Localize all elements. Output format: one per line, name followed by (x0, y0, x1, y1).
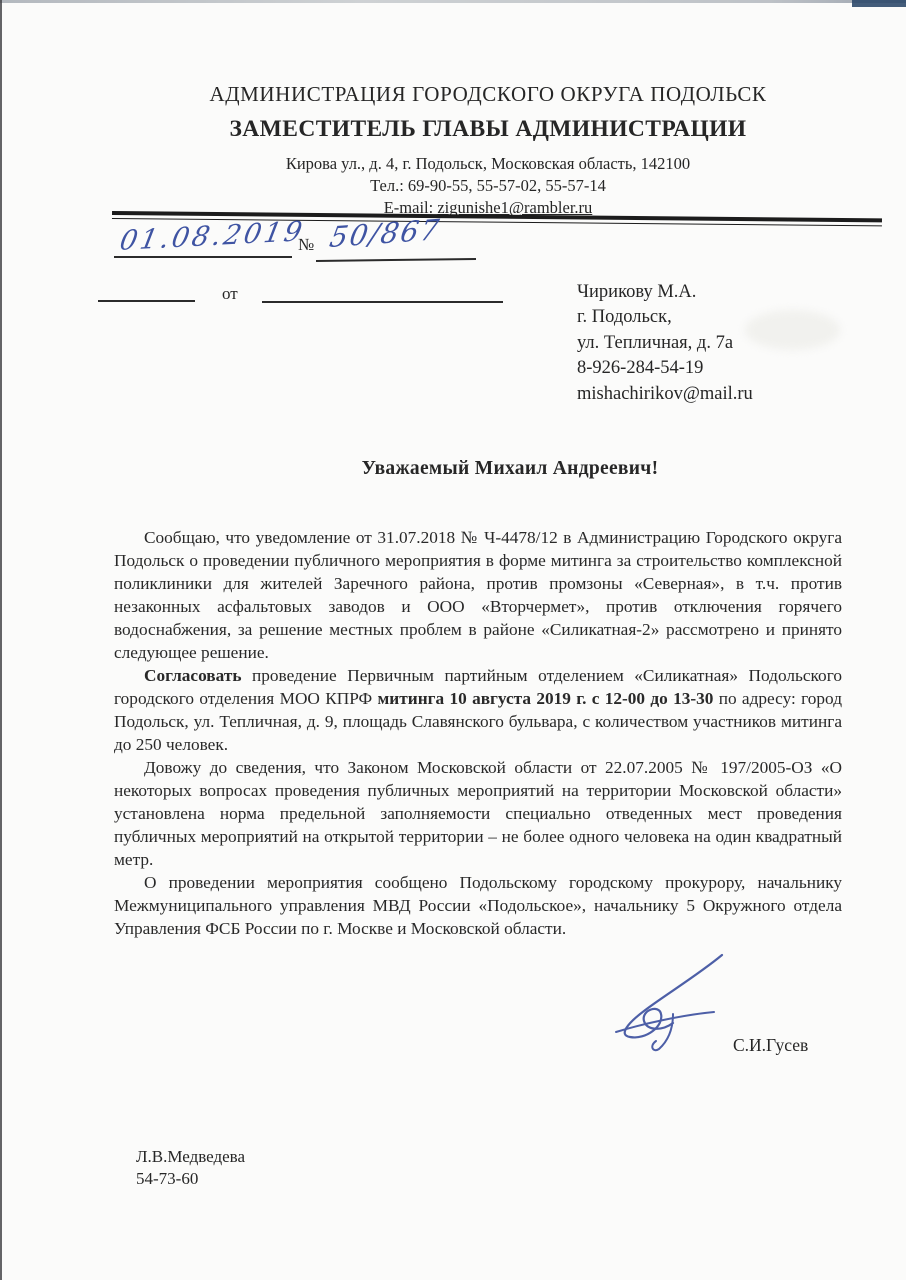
number-sign: № (298, 235, 314, 255)
body-p2-resolution-bold: Согласовать (144, 666, 241, 685)
recipient-city: г. Подольск, (577, 305, 753, 330)
org-role: ЗАМЕСТИТЕЛЬ ГЛАВЫ АДМИНИСТРАЦИИ (70, 116, 906, 143)
signer-name: С.И.Гусев (733, 1035, 808, 1056)
recipient-email: mishachirikov@mail.ru (577, 382, 753, 407)
scan-edge-left (0, 0, 2, 1280)
salutation: Уважаемый Михаил Андреевич! (114, 458, 906, 480)
from-blank-line-right (262, 301, 503, 303)
from-blank-line-left (98, 300, 195, 302)
number-blank-line (316, 258, 476, 262)
body-paragraph-2: Согласовать проведение Первичным партийн… (114, 664, 842, 756)
handwritten-number: 50/867 (327, 213, 443, 254)
body-paragraph-4: О проведении мероприятия сообщено Подоль… (114, 871, 842, 940)
body-paragraph-3: Довожу до сведения, что Законом Московск… (114, 756, 842, 871)
executor-name: Л.В.Медведева (136, 1146, 245, 1168)
executor-phone: 54-73-60 (136, 1168, 245, 1190)
handwritten-date: 01.08.2019 (117, 216, 307, 257)
org-address: Кирова ул., д. 4, г. Подольск, Московска… (70, 154, 906, 174)
scanned-letter-page: АДМИНИСТРАЦИЯ ГОРОДСКОГО ОКРУГА ПОДОЛЬСК… (0, 0, 906, 1280)
scan-edge-top-right (852, 0, 906, 7)
org-phone: Тел.: 69-90-55, 55-57-02, 55-57-14 (70, 176, 906, 196)
executor-block: Л.В.Медведева 54-73-60 (136, 1146, 245, 1189)
org-name: АДМИНИСТРАЦИЯ ГОРОДСКОГО ОКРУГА ПОДОЛЬСК (70, 82, 906, 107)
recipient-block: Чирикову М.А. г. Подольск, ул. Тепличная… (577, 280, 753, 407)
date-blank-line (114, 256, 292, 258)
body-p2-datetime-bold: митинга 10 августа 2019 г. с 12-00 до 13… (378, 689, 714, 708)
from-label: от (222, 284, 238, 304)
letterhead: АДМИНИСТРАЦИЯ ГОРОДСКОГО ОКРУГА ПОДОЛЬСК… (70, 82, 906, 218)
recipient-name: Чирикову М.А. (577, 280, 753, 305)
body-paragraph-1: Сообщаю, что уведомление от 31.07.2018 №… (114, 526, 842, 664)
recipient-street: ул. Тепличная, д. 7а (577, 331, 753, 356)
letter-body: Сообщаю, что уведомление от 31.07.2018 №… (114, 526, 842, 940)
recipient-phone: 8-926-284-54-19 (577, 356, 753, 381)
scan-edge-top (0, 0, 906, 3)
signature-handwritten-icon (610, 953, 740, 1058)
scan-smudge (745, 310, 840, 350)
